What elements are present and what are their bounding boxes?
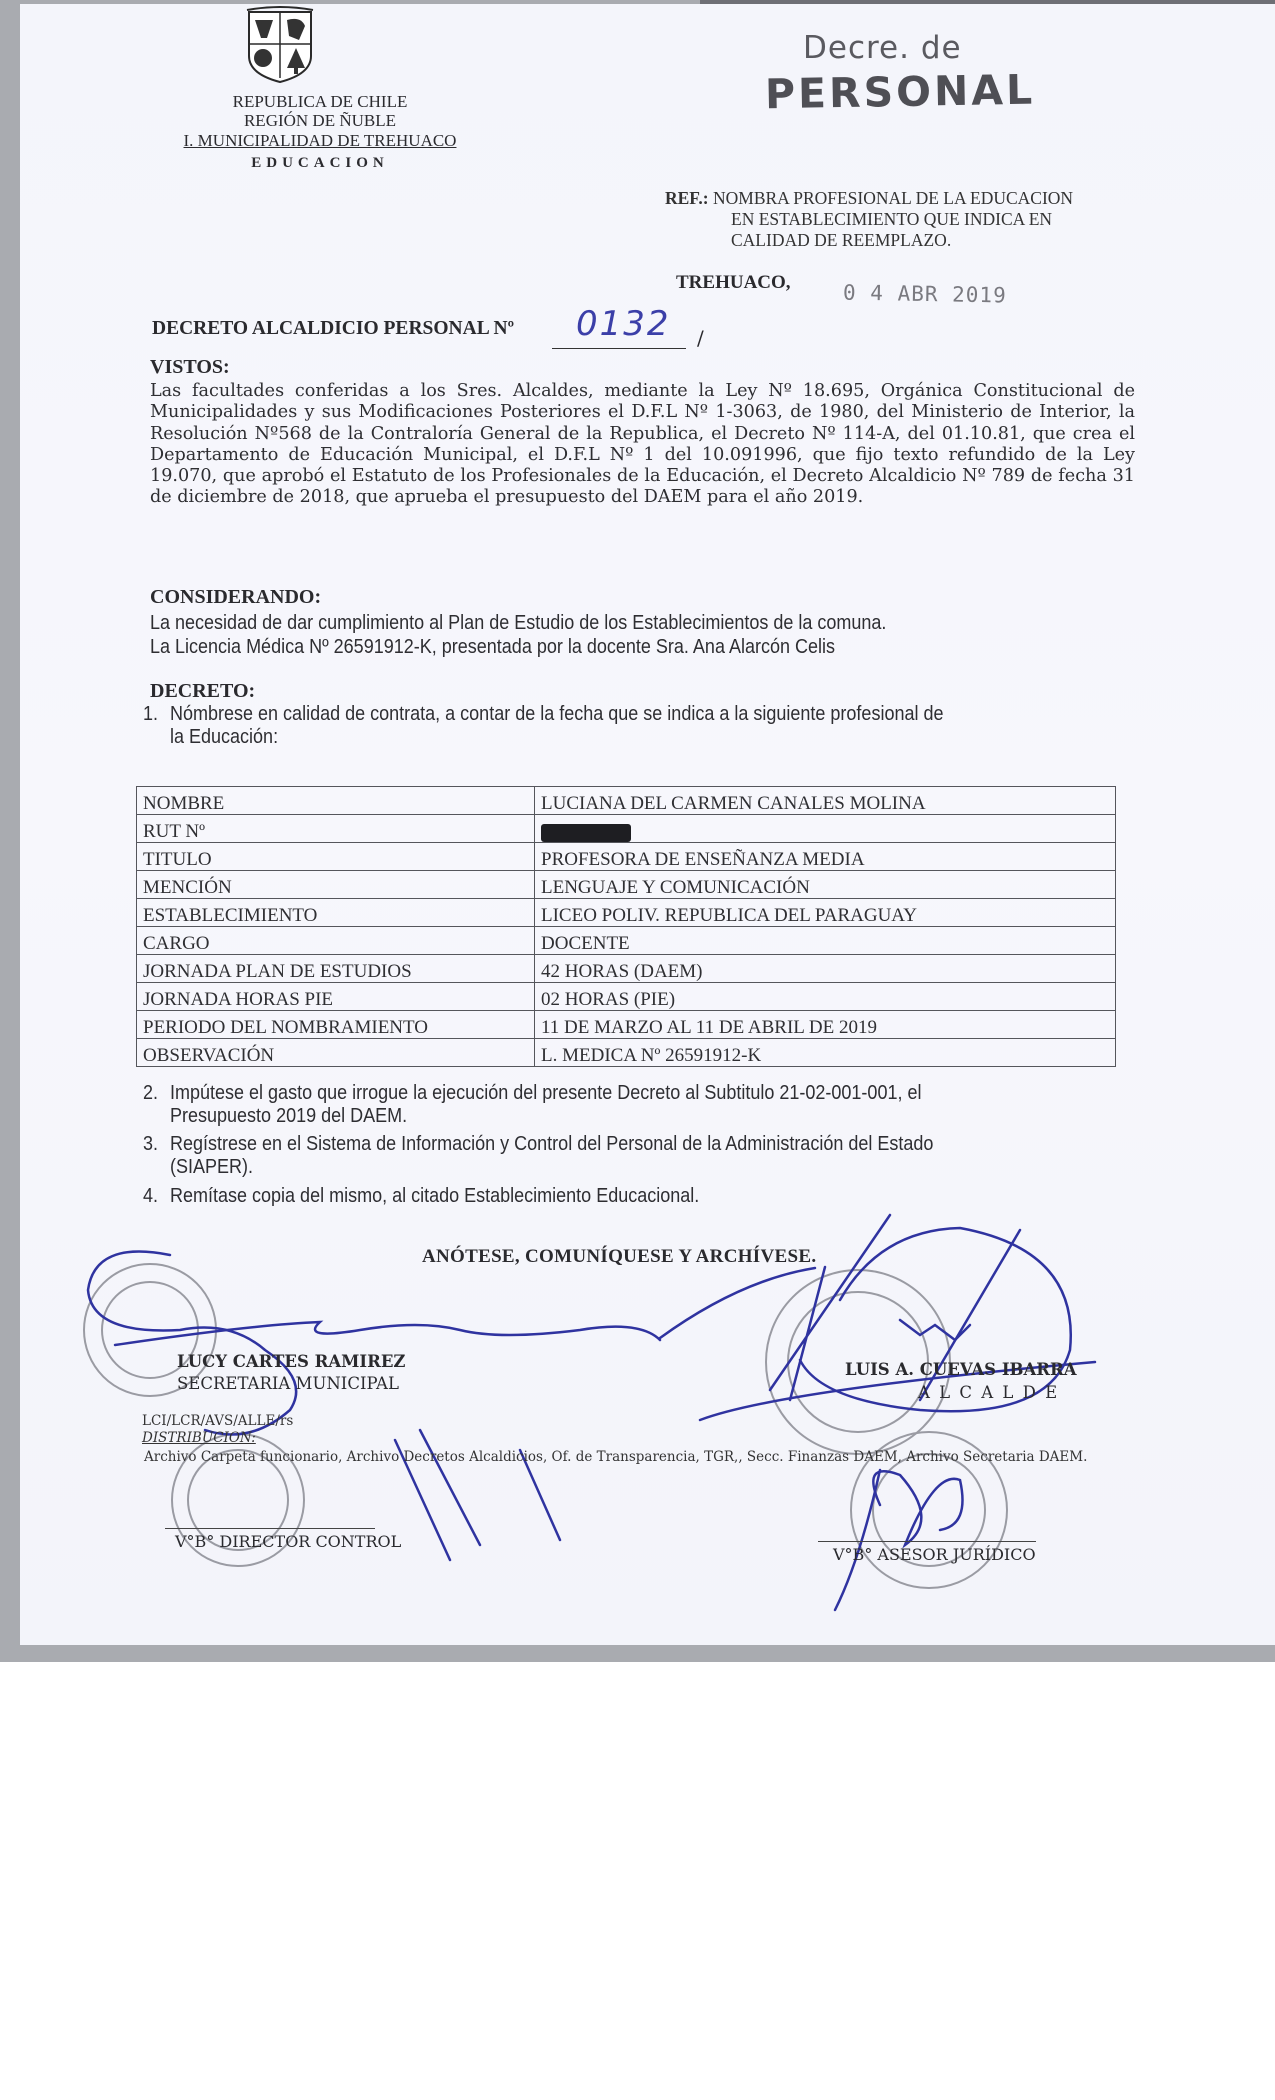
field-value: L. MEDICA Nº 26591912-K [535, 1039, 1116, 1067]
decree-number-slash: / [697, 326, 704, 350]
decree-item-2: 2.Impútese el gasto que irrogue la ejecu… [143, 1082, 1133, 1128]
decree-item-1: 1.Nómbrese en calidad de contrata, a con… [143, 703, 1133, 749]
decree-number-handwritten: 0132 [576, 304, 671, 344]
item-number: 1. [143, 703, 170, 726]
reference-label: REF.: [665, 188, 709, 208]
field-label: NOMBRE [137, 787, 535, 815]
table-row: JORNADA PLAN DE ESTUDIOS42 HORAS (DAEM) [137, 955, 1116, 983]
field-label: CARGO [137, 927, 535, 955]
secretary-role: SECRETARIA MUNICIPAL [177, 1374, 399, 1393]
header-department: EDUCACION [150, 153, 490, 173]
field-label: RUT Nº [137, 815, 535, 843]
item-number: 3. [143, 1133, 170, 1156]
initials: LCI/LCR/AVS/ALLE/rs [142, 1413, 293, 1429]
item-text: Regístrese en el Sistema de Información … [170, 1133, 933, 1155]
item-text: Nómbrese en calidad de contrata, a conta… [170, 703, 944, 725]
field-value: PROFESORA DE ENSEÑANZA MEDIA [535, 843, 1116, 871]
item-text: la Educación: [143, 726, 1133, 749]
field-label: PERIODO DEL NOMBRAMIENTO [137, 1011, 535, 1039]
table-row: NOMBRELUCIANA DEL CARMEN CANALES MOLINA [137, 787, 1116, 815]
table-row: OBSERVACIÓNL. MEDICA Nº 26591912-K [137, 1039, 1116, 1067]
place: TREHUACO, [676, 272, 791, 294]
header-region: REGIÓN DE ÑUBLE [150, 111, 490, 131]
distribution-list: Archivo Carpeta funcionario, Archivo Dec… [144, 1449, 1087, 1465]
date-stamp: 0 4 ABR 2019 [843, 281, 1007, 308]
considerando-line: La necesidad de dar cumplimiento al Plan… [150, 612, 886, 635]
item-number: 4. [143, 1185, 170, 1208]
redaction-mark [541, 824, 631, 842]
item-number: 2. [143, 1082, 170, 1105]
vistos-heading: VISTOS: [150, 356, 230, 379]
considerando-line: La Licencia Médica Nº 26591912-K, presen… [150, 636, 835, 659]
field-value: 42 HORAS (DAEM) [535, 955, 1116, 983]
reference-line: EN ESTABLECIMIENTO QUE INDICA EN [665, 209, 1073, 230]
table-row: ESTABLECIMIENTOLICEO POLIV. REPUBLICA DE… [137, 899, 1116, 927]
table-row: TITULOPROFESORA DE ENSEÑANZA MEDIA [137, 843, 1116, 871]
legal-role: V°B° ASESOR JURÍDICO [833, 1545, 1036, 1564]
table-row: CARGODOCENTE [137, 927, 1116, 955]
item-text: Presupuesto 2019 del DAEM. [143, 1105, 1133, 1128]
reference-line: CALIDAD DE REEMPLAZO. [665, 230, 1073, 251]
closing-formula: ANÓTESE, COMUNÍQUESE Y ARCHÍVESE. [422, 1246, 816, 1268]
decreto-heading: DECRETO: [150, 680, 255, 703]
appointment-table: NOMBRELUCIANA DEL CARMEN CANALES MOLINA … [136, 786, 1116, 1067]
field-value: DOCENTE [535, 927, 1116, 955]
distribution-label: DISTRIBUCION: [142, 1430, 256, 1446]
decree-number-label: DECRETO ALCALDICIO PERSONAL Nº [152, 318, 514, 340]
header-municipality: I. MUNICIPALIDAD DE TREHUACO [150, 131, 490, 151]
item-text: (SIAPER). [143, 1156, 1133, 1179]
stamp-decree-type-line2: PERSONAL [765, 66, 1036, 119]
decree-number-underline [552, 348, 686, 349]
field-value [535, 815, 1116, 843]
stamp-decree-type-line1: Decre. de [803, 30, 962, 66]
field-label: ESTABLECIMIENTO [137, 899, 535, 927]
field-value: LICEO POLIV. REPUBLICA DEL PARAGUAY [535, 899, 1116, 927]
table-row: MENCIÓNLENGUAJE Y COMUNICACIÓN [137, 871, 1116, 899]
legal-signature-line [818, 1541, 1036, 1542]
field-label: OBSERVACIÓN [137, 1039, 535, 1067]
field-label: JORNADA PLAN DE ESTUDIOS [137, 955, 535, 983]
control-signature-line [165, 1528, 375, 1529]
field-value: 11 DE MARZO AL 11 DE ABRIL DE 2019 [535, 1011, 1116, 1039]
field-label: MENCIÓN [137, 871, 535, 899]
scan-edge [700, 0, 1275, 4]
decree-item-3: 3.Regístrese en el Sistema de Informació… [143, 1133, 1133, 1179]
field-label: JORNADA HORAS PIE [137, 983, 535, 1011]
reference-line: NOMBRA PROFESIONAL DE LA EDUCACION [713, 188, 1073, 208]
mayor-role: A L C A L D E [918, 1383, 1059, 1402]
decree-item-4: 4.Remítase copia del mismo, al citado Es… [143, 1185, 1133, 1208]
table-row: JORNADA HORAS PIE02 HORAS (PIE) [137, 983, 1116, 1011]
field-value: 02 HORAS (PIE) [535, 983, 1116, 1011]
control-role: V°B° DIRECTOR CONTROL [175, 1532, 401, 1551]
reference-block: REF.: NOMBRA PROFESIONAL DE LA EDUCACION… [665, 188, 1073, 251]
mayor-name: LUIS A. CUEVAS IBARRA [845, 1360, 1077, 1379]
header-country: REPUBLICA DE CHILE [150, 92, 490, 112]
item-text: Remítase copia del mismo, al citado Esta… [170, 1185, 699, 1207]
table-row: PERIODO DEL NOMBRAMIENTO11 DE MARZO AL 1… [137, 1011, 1116, 1039]
field-value: LUCIANA DEL CARMEN CANALES MOLINA [535, 787, 1116, 815]
considerando-heading: CONSIDERANDO: [150, 586, 321, 609]
field-value: LENGUAJE Y COMUNICACIÓN [535, 871, 1116, 899]
coat-of-arms-icon [243, 6, 317, 84]
item-text: Impútese el gasto que irrogue la ejecuci… [170, 1082, 921, 1104]
table-row: RUT Nº [137, 815, 1116, 843]
vistos-text: Las facultades conferidas a los Sres. Al… [150, 381, 1135, 509]
secretary-name: LUCY CARTES RAMIREZ [177, 1352, 405, 1371]
field-label: TITULO [137, 843, 535, 871]
